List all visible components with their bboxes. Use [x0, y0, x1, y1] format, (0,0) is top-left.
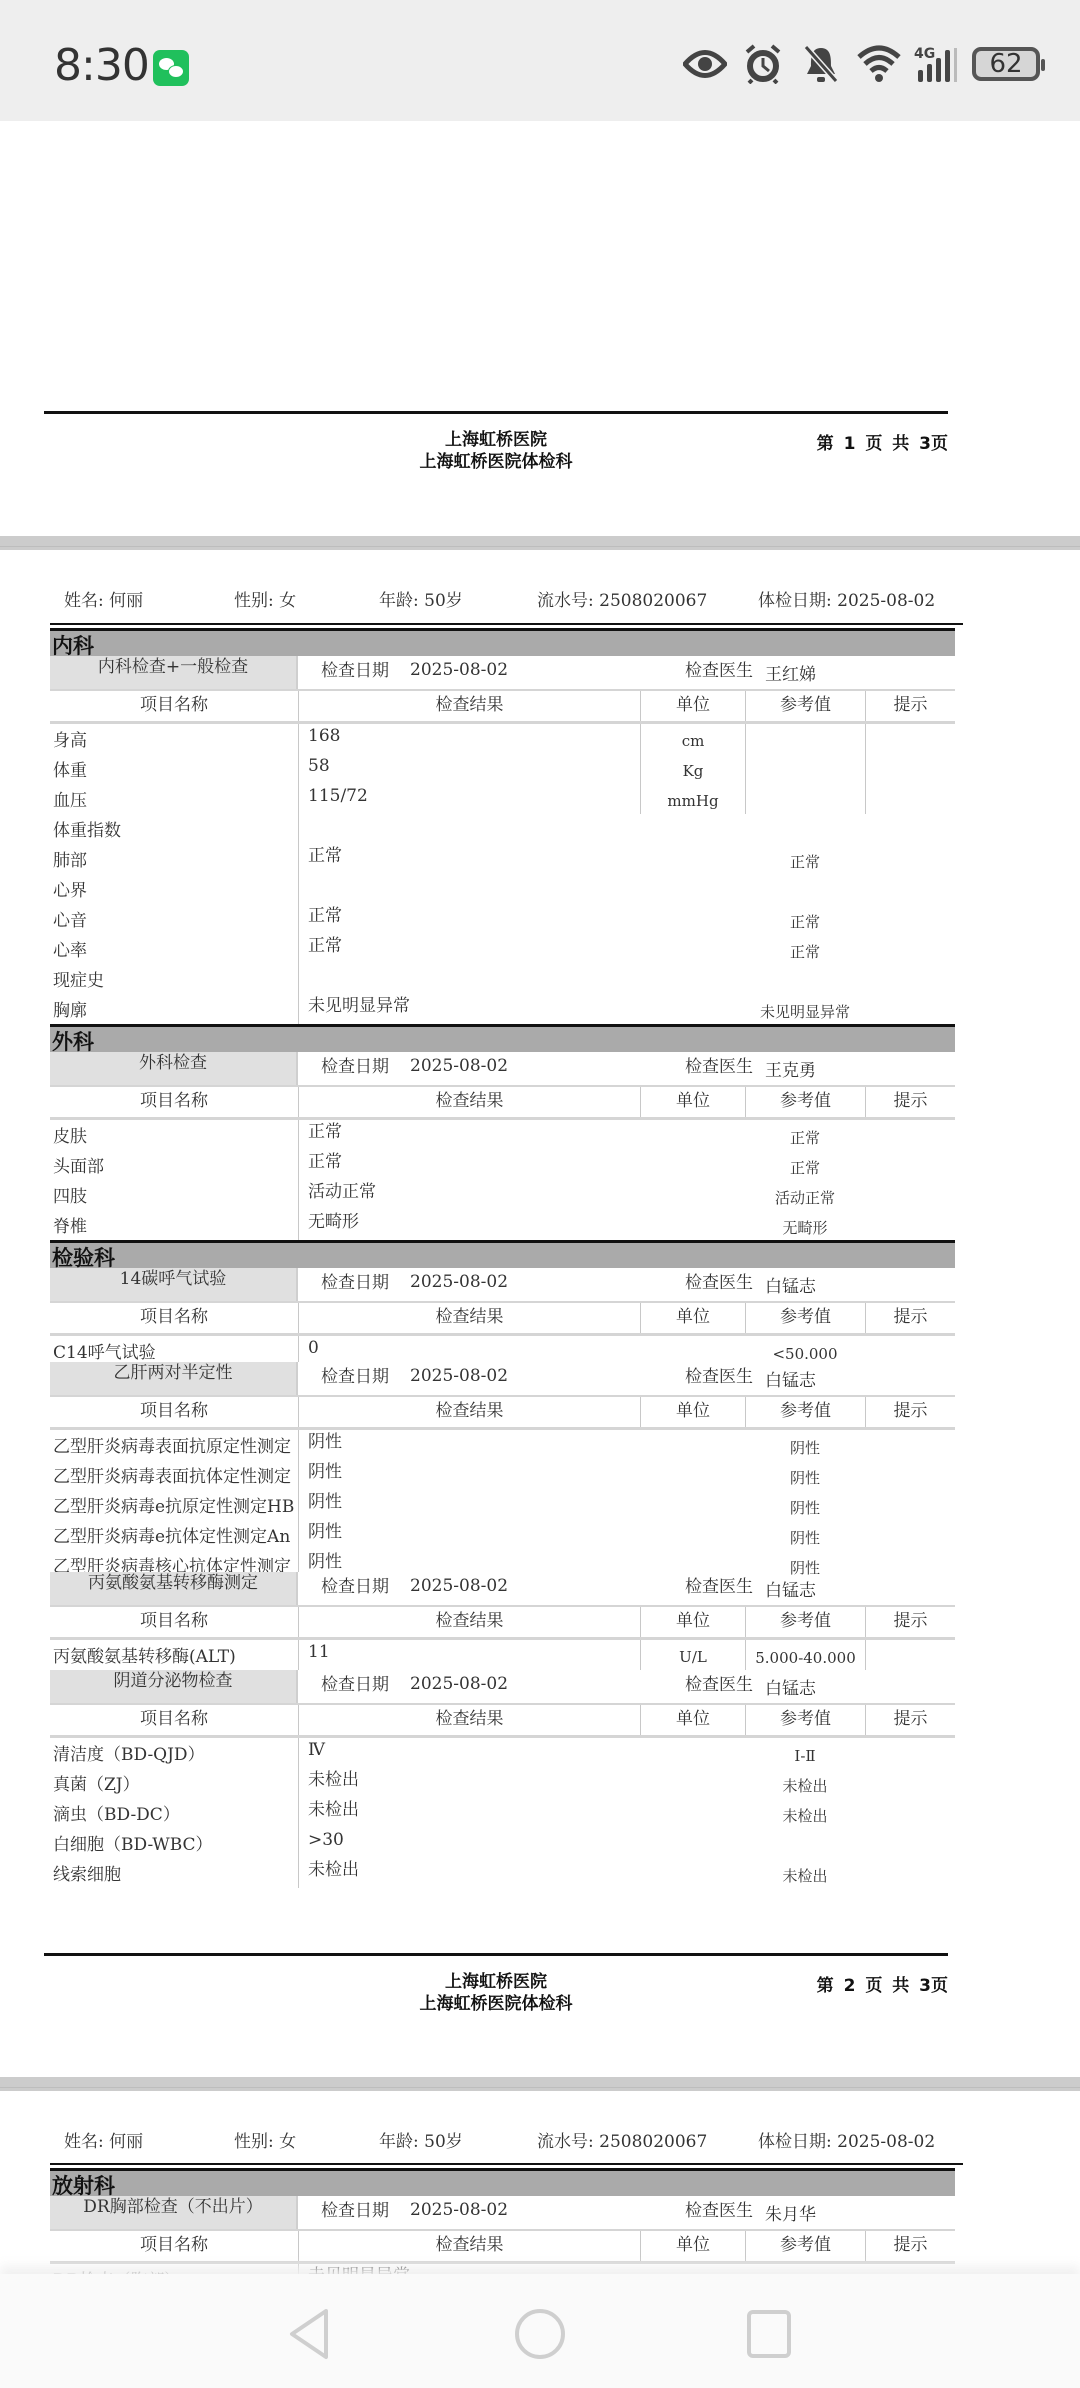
cell-unit — [640, 964, 745, 994]
table-row: 肺部正常正常 — [50, 844, 955, 874]
cell-result: 正常 — [298, 904, 640, 934]
cell-hint — [865, 1640, 955, 1670]
doctor-label: 检查医生 — [685, 1670, 753, 1695]
department-name: 上海虹桥医院体检科 — [44, 451, 948, 473]
cell-result: Ⅳ — [298, 1738, 640, 1768]
cell-result: 阴性 — [298, 1430, 640, 1460]
cell-result: 115/72 — [298, 784, 640, 814]
cell-hint — [865, 844, 955, 874]
exam-date-value: 2025-08-02 — [410, 1366, 508, 1386]
cell-unit — [640, 1858, 745, 1888]
page-separator — [0, 536, 1080, 550]
cell-ref: 参考值 — [745, 1087, 865, 1117]
section-internal-medicine: 内科 — [50, 631, 955, 656]
cell-ref — [745, 754, 865, 784]
exam-date: 体检日期: 2025-08-02 — [758, 2127, 935, 2152]
table-row: 脊椎无畸形无畸形 — [50, 1210, 955, 1240]
cell-result: 正常 — [298, 1150, 640, 1180]
wifi-icon — [856, 44, 902, 84]
cell-result: 检查结果 — [298, 1607, 640, 1637]
cell-result: 未检出 — [298, 1798, 640, 1828]
cell-unit — [640, 1768, 745, 1798]
cell-item: 真菌（ZJ） — [50, 1768, 298, 1798]
patient-name: 姓名: 何丽 — [64, 2127, 143, 2152]
cell-unit: 单位 — [640, 1303, 745, 1333]
table-row: 乙型肝炎病毒表面抗体定性测定阴性阴性 — [50, 1460, 955, 1490]
signal-4g-icon: 4G — [914, 44, 960, 84]
cell-hint — [865, 874, 955, 904]
table-row: 皮肤正常正常 — [50, 1120, 955, 1150]
doctor-label: 检查医生 — [685, 1362, 753, 1387]
col-item: 项目名称 — [50, 691, 298, 721]
col-unit: 单位 — [640, 691, 745, 721]
navigation-bar — [0, 2274, 1080, 2388]
table-row: 丙氨酸氨基转移酶(ALT)11U/L5.000-40.000 — [50, 1640, 955, 1670]
exam-name: 乙肝两对半定性 — [50, 1362, 298, 1395]
table-row: 清洁度（BD-QJD）ⅣⅠ-Ⅱ — [50, 1738, 955, 1768]
cell-ref — [745, 1828, 865, 1858]
cell-result: 未检出 — [298, 1768, 640, 1798]
doctor-value: 白锰志 — [765, 1366, 816, 1391]
cell-hint — [865, 1460, 955, 1490]
home-icon[interactable] — [512, 2308, 568, 2360]
cell-hint: 提示 — [865, 1303, 955, 1333]
cell-item: 乙型肝炎病毒表面抗体定性测定 — [50, 1460, 298, 1490]
cell-unit — [640, 1798, 745, 1828]
cell-item: 现症史 — [50, 964, 298, 994]
exam-name: 丙氨酸氨基转移酶测定 — [50, 1572, 298, 1605]
patient-info: 姓名: 何丽 性别: 女 年龄: 50岁 流水号: 2508020067 体检日… — [64, 2127, 944, 2155]
col-hint: 提示 — [865, 691, 955, 721]
cell-ref: 未见明显异常 — [745, 994, 865, 1024]
doctor-value: 朱月华 — [765, 2200, 816, 2225]
status-bar: 8:30 4G 62 — [0, 0, 1080, 121]
patient-gender: 性别: 女 — [234, 586, 296, 611]
cell-unit: Kg — [640, 754, 745, 784]
cell-item: 体重 — [50, 754, 298, 784]
cell-unit — [640, 1430, 745, 1460]
col-result: 检查结果 — [298, 691, 640, 721]
cell-result: 0 — [298, 1336, 640, 1362]
cell-ref: 阴性 — [745, 1490, 865, 1520]
exam-date-value: 2025-08-02 — [410, 2200, 508, 2220]
table-row: 线索细胞未检出未检出 — [50, 1858, 955, 1888]
cell-result: 无畸形 — [298, 1210, 640, 1240]
cell-result: 检查结果 — [298, 1087, 640, 1117]
cell-hint: 提示 — [865, 1705, 955, 1735]
cell-item: 乙型肝炎病毒e抗原定性测定HB — [50, 1490, 298, 1520]
exam-name: DR胸部检查（不出片） — [50, 2196, 298, 2229]
cell-item: 体重指数 — [50, 814, 298, 844]
cell-unit — [640, 874, 745, 904]
cell-unit: 单位 — [640, 1087, 745, 1117]
cell-ref: 参考值 — [745, 1705, 865, 1735]
cell-hint — [865, 1150, 955, 1180]
cell-ref: 5.000-40.000 — [745, 1640, 865, 1670]
cell-item: 心率 — [50, 934, 298, 964]
cell-unit: 单位 — [640, 1397, 745, 1427]
cell-ref: 正常 — [745, 1150, 865, 1180]
cell-ref: 未检出 — [745, 1798, 865, 1828]
section-radiology: 放射科 — [50, 2171, 955, 2196]
cell-result: 检查结果 — [298, 1303, 640, 1333]
exam-date-label: 检查日期 — [321, 1052, 389, 1077]
doctor-label: 检查医生 — [685, 2196, 753, 2221]
cell-unit — [640, 1120, 745, 1150]
department-name: 上海虹桥医院体检科 — [44, 1993, 948, 2015]
cell-unit — [640, 1460, 745, 1490]
patient-age: 年龄: 50岁 — [379, 586, 463, 611]
cell-unit — [640, 844, 745, 874]
table-row: 心音正常正常 — [50, 904, 955, 934]
cell-unit — [640, 994, 745, 1024]
cell-hint — [865, 1120, 955, 1150]
table-row: 体重58Kg — [50, 754, 955, 784]
section-surgery: 外科 — [50, 1027, 955, 1052]
serial-number: 流水号: 2508020067 — [537, 586, 707, 611]
section-laboratory: 检验科 — [50, 1243, 955, 1268]
wechat-icon — [153, 50, 189, 86]
exam-date-value: 2025-08-02 — [410, 1272, 508, 1292]
exam-date-value: 2025-08-02 — [410, 660, 508, 680]
cell-ref — [745, 964, 865, 994]
exam-name: 内科检查+一般检查 — [50, 656, 298, 689]
cell-hint — [865, 1336, 955, 1362]
cell-result: 正常 — [298, 844, 640, 874]
cell-result: 检查结果 — [298, 2231, 640, 2261]
cell-ref: 正常 — [745, 1120, 865, 1150]
cell-ref: Ⅰ-Ⅱ — [745, 1738, 865, 1768]
exam-date-label: 检查日期 — [321, 656, 389, 681]
cell-item: 乙型肝炎病毒表面抗原定性测定 — [50, 1430, 298, 1460]
cell-item: 肺部 — [50, 844, 298, 874]
cell-ref: 参考值 — [745, 2231, 865, 2261]
cell-hint: 提示 — [865, 2231, 955, 2261]
cell-item: 线索细胞 — [50, 1858, 298, 1888]
col-ref: 参考值 — [745, 691, 865, 721]
exam-header: 阴道分泌物检查 检查日期2025-08-02 检查医生白锰志 — [50, 1670, 955, 1703]
cell-result — [298, 874, 640, 904]
cell-ref: 无畸形 — [745, 1210, 865, 1240]
table-row: 真菌（ZJ）未检出未检出 — [50, 1768, 955, 1798]
cell-hint — [865, 1210, 955, 1240]
cell-hint — [865, 994, 955, 1024]
cell-hint — [865, 1798, 955, 1828]
cell-result: 检查结果 — [298, 1705, 640, 1735]
cell-result: 正常 — [298, 934, 640, 964]
exam-date-label: 检查日期 — [321, 1362, 389, 1387]
page-indicator: 第 1 页 共 3页 — [817, 429, 948, 454]
cell-result: 阴性 — [298, 1520, 640, 1550]
cell-ref: 阴性 — [745, 1520, 865, 1550]
cell-hint — [865, 784, 955, 814]
table-row: 乙型肝炎病毒e抗原定性测定HB阴性阴性 — [50, 1490, 955, 1520]
cell-hint — [865, 964, 955, 994]
cell-hint — [865, 1430, 955, 1460]
hospital-name: 上海虹桥医院 — [44, 429, 948, 451]
battery-indicator: 62 — [972, 47, 1040, 81]
exam-name: 外科检查 — [50, 1052, 298, 1085]
exam-header: 内科检查+一般检查 检查日期 2025-08-02 检查医生 王红娣 — [50, 656, 955, 689]
cell-hint — [865, 904, 955, 934]
cell-result: 未检出 — [298, 1858, 640, 1888]
cell-item: 乙型肝炎病毒e抗体定性测定An — [50, 1520, 298, 1550]
cell-unit — [640, 1828, 745, 1858]
table-row: 四肢活动正常活动正常 — [50, 1180, 955, 1210]
doctor-value: 王红娣 — [765, 660, 816, 685]
column-header: 项目名称检查结果单位参考值提示 — [50, 1605, 955, 1640]
table-row: 现症史 — [50, 964, 955, 994]
cell-item: 胸廓 — [50, 994, 298, 1024]
table-row: 滴虫（BD-DC）未检出未检出 — [50, 1798, 955, 1828]
cell-item: 四肢 — [50, 1180, 298, 1210]
doctor-value: 白锰志 — [765, 1576, 816, 1601]
doctor-value: 白锰志 — [765, 1674, 816, 1699]
page-footer-1: 上海虹桥医院 上海虹桥医院体检科 第 1 页 共 3页 — [44, 411, 948, 414]
cell-ref — [745, 724, 865, 754]
column-header: 项目名称检查结果单位参考值提示 — [50, 2229, 955, 2264]
cell-result — [298, 814, 640, 844]
cell-hint — [865, 724, 955, 754]
cell-item: 滴虫（BD-DC） — [50, 1798, 298, 1828]
doctor-value: 白锰志 — [765, 1272, 816, 1297]
patient-name: 姓名: 何丽 — [64, 586, 143, 611]
table-row: C14呼气试验0<50.000 — [50, 1336, 955, 1362]
doctor-label: 检查医生 — [685, 656, 753, 681]
patient-gender: 性别: 女 — [234, 2127, 296, 2152]
page-indicator: 第 2 页 共 3页 — [817, 1971, 948, 1996]
cell-hint — [865, 1828, 955, 1858]
cell-ref: 阴性 — [745, 1550, 865, 1572]
cell-unit — [640, 1520, 745, 1550]
exam-header: 外科检查 检查日期 2025-08-02 检查医生 王克勇 — [50, 1052, 955, 1085]
table-row: 胸廓未见明显异常未见明显异常 — [50, 994, 955, 1024]
doctor-value: 王克勇 — [765, 1056, 816, 1081]
cell-unit — [640, 1550, 745, 1572]
cell-item: 项目名称 — [50, 1087, 298, 1117]
cell-unit: U/L — [640, 1640, 745, 1670]
page-separator — [0, 2077, 1080, 2091]
recents-icon[interactable] — [742, 2308, 798, 2360]
cell-unit — [640, 1490, 745, 1520]
cell-result: 阴性 — [298, 1460, 640, 1490]
cell-item: 白细胞（BD-WBC） — [50, 1828, 298, 1858]
cell-hint — [865, 1768, 955, 1798]
hospital-name: 上海虹桥医院 — [44, 1971, 948, 1993]
cell-item: 心界 — [50, 874, 298, 904]
cell-item: 皮肤 — [50, 1120, 298, 1150]
cell-ref: 参考值 — [745, 1397, 865, 1427]
cell-ref: 活动正常 — [745, 1180, 865, 1210]
cell-unit — [640, 1150, 745, 1180]
exam-header: DR胸部检查（不出片） 检查日期2025-08-02 检查医生朱月华 — [50, 2196, 955, 2229]
cell-ref: 正常 — [745, 904, 865, 934]
column-header: 项目名称检查结果单位参考值提示 — [50, 1085, 955, 1120]
cell-ref: 阴性 — [745, 1460, 865, 1490]
cell-result: 168 — [298, 724, 640, 754]
column-header: 项目名称 检查结果 单位 参考值 提示 — [50, 689, 955, 724]
cell-item: 项目名称 — [50, 1397, 298, 1427]
exam-date-value: 2025-08-02 — [410, 1576, 508, 1596]
cell-unit: cm — [640, 724, 745, 754]
cell-result: 11 — [298, 1640, 640, 1670]
cell-hint — [865, 1490, 955, 1520]
cell-unit — [640, 904, 745, 934]
doctor-label: 检查医生 — [685, 1572, 753, 1597]
cell-item: 头面部 — [50, 1150, 298, 1180]
back-icon[interactable] — [282, 2308, 338, 2360]
eye-icon — [682, 44, 728, 84]
cell-hint — [865, 1550, 955, 1572]
cell-unit: 单位 — [640, 1705, 745, 1735]
exam-date: 体检日期: 2025-08-02 — [758, 586, 935, 611]
cell-hint — [865, 1738, 955, 1768]
exam-date-label: 检查日期 — [321, 1572, 389, 1597]
cell-item: 项目名称 — [50, 1303, 298, 1333]
table-row: 头面部正常正常 — [50, 1150, 955, 1180]
table-row: 心率正常正常 — [50, 934, 955, 964]
page-footer-2: 上海虹桥医院 上海虹桥医院体检科 第 2 页 共 3页 — [44, 1953, 948, 1956]
cell-hint: 提示 — [865, 1397, 955, 1427]
cell-item: 项目名称 — [50, 1607, 298, 1637]
table-row: 乙型肝炎病毒e抗体定性测定An阴性阴性 — [50, 1520, 955, 1550]
cell-unit — [640, 1210, 745, 1240]
cell-result: 阴性 — [298, 1550, 640, 1572]
table-row: 心界 — [50, 874, 955, 904]
exam-name: 阴道分泌物检查 — [50, 1670, 298, 1703]
cell-item: 项目名称 — [50, 1705, 298, 1735]
cell-result: >30 — [298, 1828, 640, 1858]
cell-ref — [745, 784, 865, 814]
table-row: 血压115/72mmHg — [50, 784, 955, 814]
cell-item: 项目名称 — [50, 2231, 298, 2261]
patient-age: 年龄: 50岁 — [379, 2127, 463, 2152]
cell-result: 阴性 — [298, 1490, 640, 1520]
svg-text:4G: 4G — [914, 46, 935, 62]
cell-result: 检查结果 — [298, 1397, 640, 1427]
cell-result — [298, 964, 640, 994]
cell-ref: <50.000 — [745, 1336, 865, 1362]
cell-ref: 正常 — [745, 844, 865, 874]
exam-date-value: 2025-08-02 — [410, 1674, 508, 1694]
cell-result: 正常 — [298, 1120, 640, 1150]
cell-hint — [865, 754, 955, 784]
cell-unit: mmHg — [640, 784, 745, 814]
serial-number: 流水号: 2508020067 — [537, 2127, 707, 2152]
cell-unit — [640, 1738, 745, 1768]
cell-item: 丙氨酸氨基转移酶(ALT) — [50, 1640, 298, 1670]
cell-result: 未见明显异常 — [298, 994, 640, 1024]
cell-unit — [640, 814, 745, 844]
cell-unit — [640, 934, 745, 964]
bell-muted-icon — [798, 44, 844, 84]
cell-item: 清洁度（BD-QJD） — [50, 1738, 298, 1768]
exam-header: 乙肝两对半定性 检查日期2025-08-02 检查医生白锰志 — [50, 1362, 955, 1395]
cell-ref: 正常 — [745, 934, 865, 964]
patient-info: 姓名: 何丽 性别: 女 年龄: 50岁 流水号: 2508020067 体检日… — [64, 586, 944, 614]
exam-date-label: 检查日期 — [321, 1670, 389, 1695]
column-header: 项目名称检查结果单位参考值提示 — [50, 1395, 955, 1430]
clock: 8:30 — [54, 40, 149, 91]
report-page-2: 内科 内科检查+一般检查 检查日期 2025-08-02 检查医生 王红娣 项目… — [50, 631, 955, 1888]
exam-header: 丙氨酸氨基转移酶测定 检查日期2025-08-02 检查医生白锰志 — [50, 1572, 955, 1605]
cell-item: 心音 — [50, 904, 298, 934]
exam-header: 14碳呼气试验 检查日期2025-08-02 检查医生白锰志 — [50, 1268, 955, 1301]
cell-hint — [865, 814, 955, 844]
cell-hint — [865, 1180, 955, 1210]
cell-ref: 阴性 — [745, 1430, 865, 1460]
exam-date-label: 检查日期 — [321, 1268, 389, 1293]
cell-hint — [865, 1858, 955, 1888]
doctor-label: 检查医生 — [685, 1268, 753, 1293]
doctor-label: 检查医生 — [685, 1052, 753, 1077]
table-row: 白细胞（BD-WBC）>30 — [50, 1828, 955, 1858]
cell-result: 活动正常 — [298, 1180, 640, 1210]
cell-ref — [745, 814, 865, 844]
exam-name: 14碳呼气试验 — [50, 1268, 298, 1301]
cell-item: C14呼气试验 — [50, 1336, 298, 1362]
cell-ref: 未检出 — [745, 1768, 865, 1798]
cell-unit — [640, 1180, 745, 1210]
column-header: 项目名称检查结果单位参考值提示 — [50, 1301, 955, 1336]
cell-item: 身高 — [50, 724, 298, 754]
cell-item: 血压 — [50, 784, 298, 814]
cell-ref: 参考值 — [745, 1607, 865, 1637]
cell-hint — [865, 934, 955, 964]
table-row: 身高168cm — [50, 724, 955, 754]
cell-ref: 未检出 — [745, 1858, 865, 1888]
table-row: 乙型肝炎病毒核心抗体定性测定阴性阴性 — [50, 1550, 955, 1572]
table-row: 乙型肝炎病毒表面抗原定性测定阴性阴性 — [50, 1430, 955, 1460]
cell-hint: 提示 — [865, 1607, 955, 1637]
cell-unit — [640, 1336, 745, 1362]
cell-item: 乙型肝炎病毒核心抗体定性测定 — [50, 1550, 298, 1572]
cell-item: 脊椎 — [50, 1210, 298, 1240]
exam-date-value: 2025-08-02 — [410, 1056, 508, 1076]
table-row: 体重指数 — [50, 814, 955, 844]
cell-hint — [865, 1520, 955, 1550]
cell-hint: 提示 — [865, 1087, 955, 1117]
cell-ref: 参考值 — [745, 1303, 865, 1333]
exam-date-label: 检查日期 — [321, 2196, 389, 2221]
cell-result: 58 — [298, 754, 640, 784]
cell-ref — [745, 874, 865, 904]
column-header: 项目名称检查结果单位参考值提示 — [50, 1703, 955, 1738]
alarm-icon — [740, 44, 786, 84]
cell-unit: 单位 — [640, 2231, 745, 2261]
cell-unit: 单位 — [640, 1607, 745, 1637]
